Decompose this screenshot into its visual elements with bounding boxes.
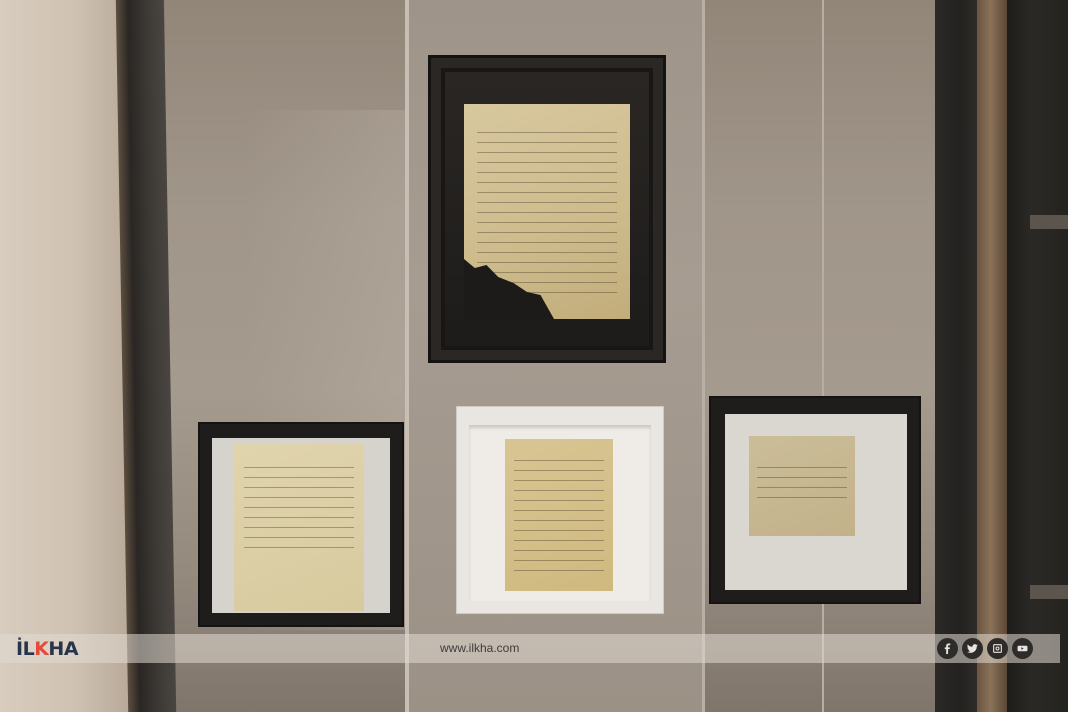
watermark-bar: İLKHA www.ilkha.com bbox=[0, 634, 1060, 663]
frame-bottom-center bbox=[456, 406, 664, 614]
manuscript-top bbox=[464, 104, 630, 319]
facebook-icon[interactable] bbox=[937, 638, 958, 659]
manuscript-bottom-left bbox=[234, 444, 364, 611]
case-pillar-right bbox=[935, 0, 977, 712]
right-case-edge bbox=[1007, 0, 1068, 712]
case-hinge-top bbox=[1030, 215, 1068, 229]
site-url[interactable]: www.ilkha.com bbox=[440, 641, 519, 655]
social-icons bbox=[937, 638, 1033, 659]
frame-bottom-left bbox=[198, 422, 404, 627]
frame-top-center bbox=[428, 55, 666, 363]
case-hinge-bottom bbox=[1030, 585, 1068, 599]
glass-seam bbox=[822, 0, 824, 712]
instagram-icon[interactable] bbox=[987, 638, 1008, 659]
youtube-icon[interactable] bbox=[1012, 638, 1033, 659]
logo-accent-k: K bbox=[34, 638, 48, 660]
ilkha-logo[interactable]: İLKHA bbox=[16, 639, 78, 658]
frame-bottom-right bbox=[709, 396, 921, 604]
manuscript-bottom-right bbox=[749, 436, 855, 536]
manuscript-bottom-center bbox=[505, 439, 613, 591]
right-wall-strip bbox=[977, 0, 1007, 712]
twitter-icon[interactable] bbox=[962, 638, 983, 659]
museum-display-photo: İLKHA www.ilkha.com bbox=[0, 0, 1068, 712]
